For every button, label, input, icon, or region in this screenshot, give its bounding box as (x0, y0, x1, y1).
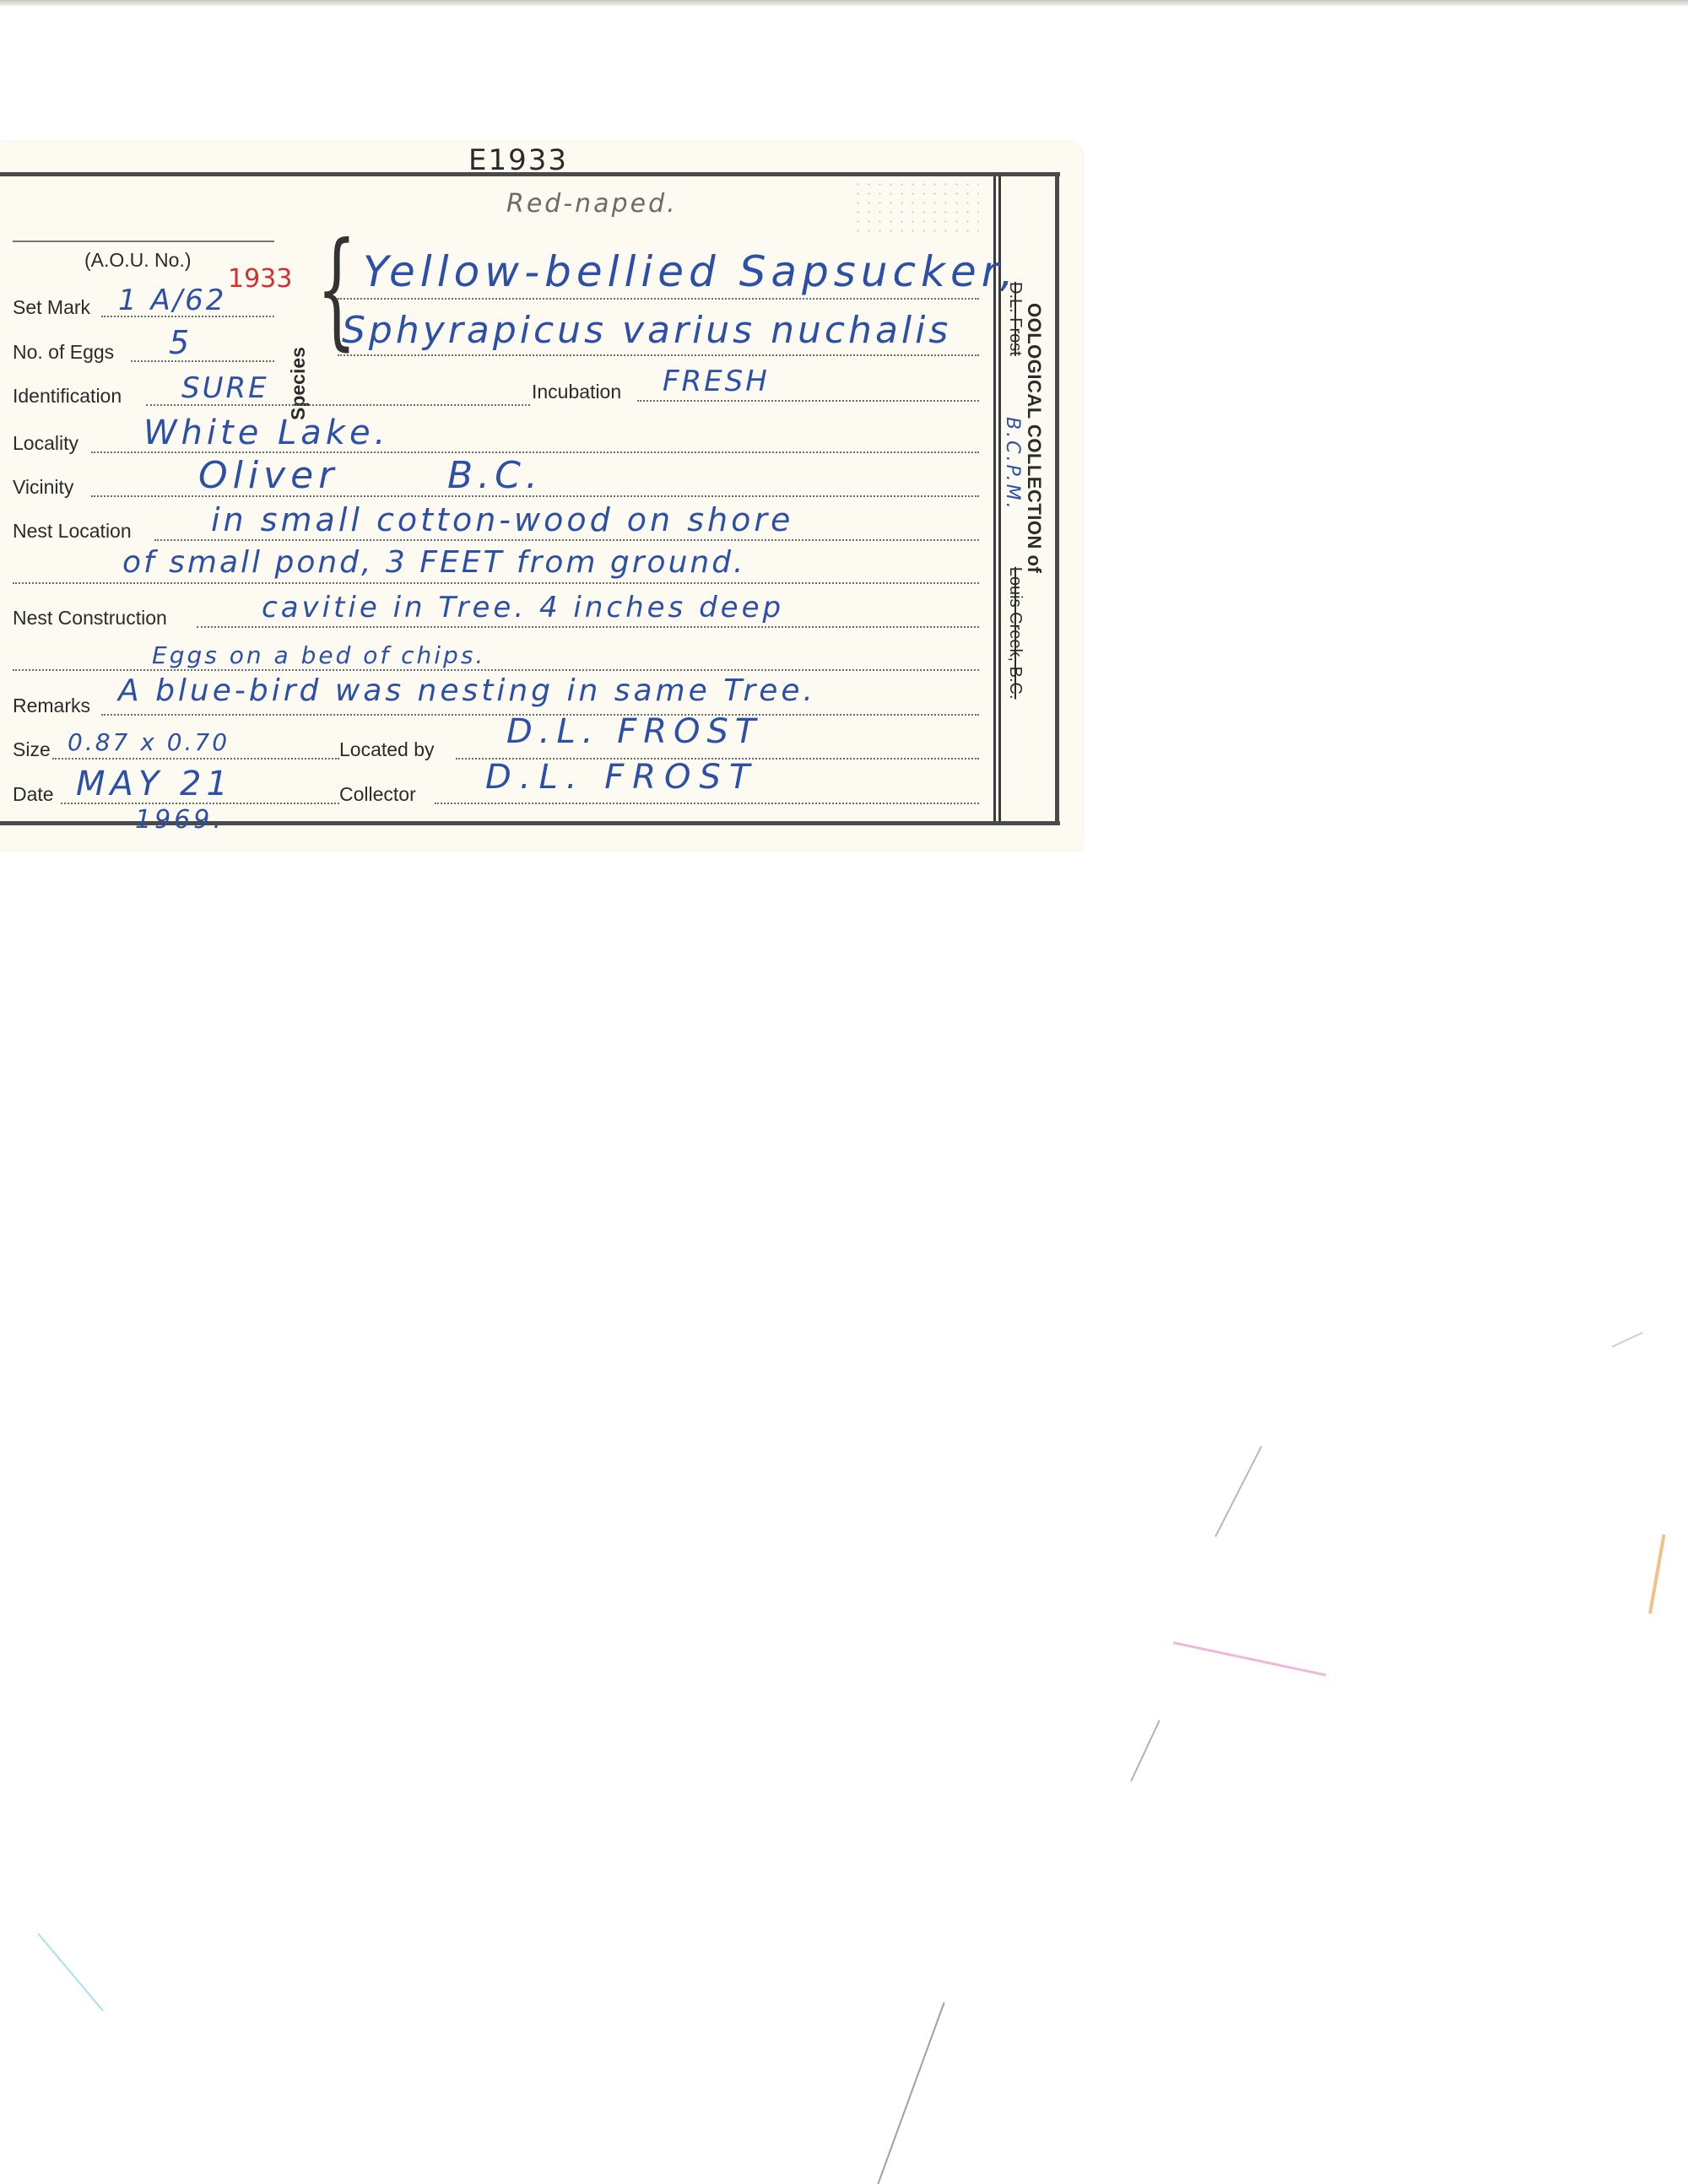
nest-location-line-1 (154, 539, 979, 541)
vicinity-province: B.C. (447, 454, 543, 497)
aou-number-line (13, 241, 274, 242)
scan-artifact (1173, 1641, 1327, 1676)
owner-place-struck: Louis Creek, B.C. (1006, 567, 1025, 700)
no-of-eggs-value: 5 (169, 324, 192, 361)
locality-label: Locality (13, 432, 78, 455)
nest-construction-line-2 (13, 669, 979, 671)
nest-construction-line-1 (197, 626, 979, 628)
remarks-value: A blue-bird was nesting in same Tree. (118, 673, 816, 708)
size-line (52, 758, 339, 760)
date-value-line-1: MAY 21 (76, 765, 233, 803)
scan-artifact (1612, 1332, 1643, 1348)
located-by-value: D.L. FROST (506, 712, 762, 751)
faded-stamp (852, 180, 979, 239)
species-common-name: Yellow-bellied Sapsucker, (363, 247, 1019, 296)
scan-artifact (1130, 1720, 1160, 1781)
subspecies-annotation: Red-naped. (506, 189, 678, 219)
collector-line (435, 803, 979, 804)
species-scientific-line (338, 354, 979, 356)
scan-artifact (37, 1933, 104, 2011)
incubation-label: Incubation (532, 381, 621, 403)
scan-artifact (1648, 1534, 1665, 1614)
incubation-line (637, 400, 979, 402)
date-value-line-2: 1969. (135, 805, 225, 835)
nest-location-line-2 (13, 582, 979, 584)
nest-construction-value-1: cavitie in Tree. 4 inches deep (262, 591, 784, 624)
aou-number-annotation: 1933 (228, 264, 292, 294)
nest-location-value-2: of small pond, 3 FEET from ground. (122, 545, 746, 580)
collection-side-panel: OOLOGICAL COLLECTION of D.L. FrostLouis … (1001, 176, 1055, 821)
size-value: 0.87 x 0.70 (68, 728, 230, 756)
nest-construction-label: Nest Construction (13, 607, 167, 630)
collection-title: OOLOGICAL COLLECTION of (1023, 303, 1045, 573)
aou-number-label: (A.O.U. No.) (84, 249, 192, 272)
no-of-eggs-label: No. of Eggs (13, 341, 114, 364)
collector-value: D.L. FROST (485, 758, 758, 797)
scan-artifact (1215, 1446, 1262, 1538)
card-border-right (1055, 172, 1059, 825)
collection-owner-handwritten: B.C.P.M. (1002, 417, 1023, 511)
incubation-value: FRESH (663, 365, 770, 398)
size-label: Size (13, 738, 51, 761)
species-common-line (338, 298, 979, 300)
oological-data-card: E1933 Red-naped. (A.O.U. No.) 1933 Speci… (0, 142, 1083, 851)
nest-construction-value-2: Eggs on a bed of chips. (152, 641, 485, 669)
date-label: Date (13, 783, 54, 806)
vicinity-town: Oliver (198, 454, 338, 497)
identification-label: Identification (13, 385, 122, 408)
nest-location-value-1: in small cotton-wood on shore (211, 501, 793, 538)
scan-artifact (877, 2003, 945, 2184)
card-border-top (0, 172, 1060, 176)
set-mark-label: Set Mark (13, 296, 90, 319)
owner-name-struck: D.L. Frost (1006, 282, 1025, 356)
identification-value: SURE (181, 371, 269, 405)
vicinity-label: Vicinity (13, 476, 73, 499)
species-scientific-name: Sphyrapicus varius nuchalis (342, 309, 951, 352)
set-mark-value: 1 A/62 (118, 284, 226, 317)
remarks-label: Remarks (13, 695, 90, 717)
collector-label: Collector (339, 783, 416, 806)
scan-top-edge (0, 0, 1688, 7)
located-by-label: Located by (339, 738, 435, 761)
locality-value: White Lake. (143, 414, 389, 452)
species-label: Species (287, 347, 310, 420)
nest-location-label: Nest Location (13, 520, 132, 543)
no-of-eggs-line (131, 360, 274, 362)
